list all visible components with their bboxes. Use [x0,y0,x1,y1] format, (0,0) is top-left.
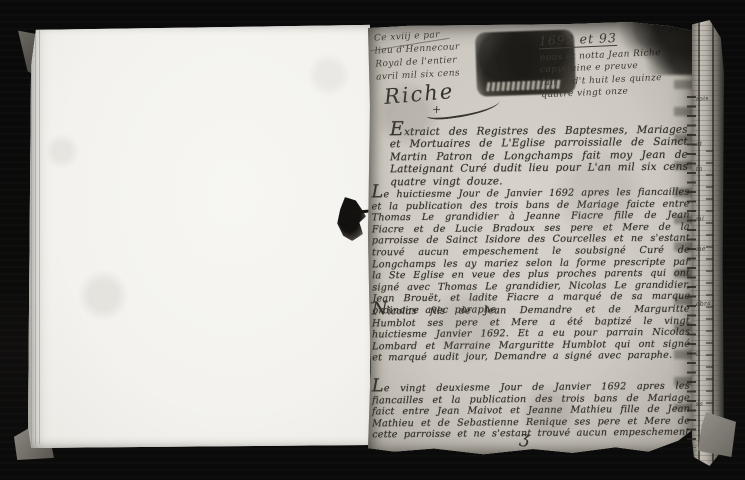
register-entry-marriage-8-january: Le huictiesme Jour de Janvier 1692 apres… [371,184,690,317]
cross-mark: + [432,103,442,117]
register-entry-baptism-nicolas: Nicolas fils de Jean Demandre et de Marg… [372,301,691,365]
margin-tick-marks [687,96,696,448]
book-scan: Ce xviij e par lieu d'Hennecour Royal de… [0,0,745,480]
margin-tick-marks-inner [706,150,713,430]
register-entry-marriage-22-january: Le vingt deuxiesme Jour de Janvier 1692 … [372,378,691,442]
left-blank-page [28,24,370,448]
page-edge-line [698,20,700,466]
right-manuscript-page: Ce xviij e par lieu d'Hennecour Royal de… [368,18,698,456]
fore-edge-fragment: rois [696,94,722,103]
paraph-flourish: ʒ [519,427,531,448]
register-entry-extrait: Extraict des Registres des Baptesmes, Ma… [390,120,689,189]
corner-damage-top-right [604,13,702,75]
fore-edge-fragment: et [696,139,722,148]
